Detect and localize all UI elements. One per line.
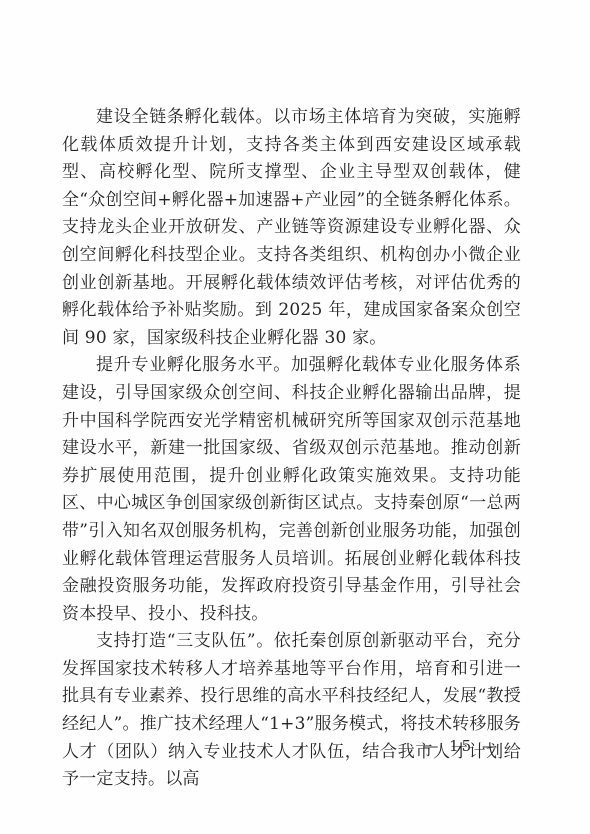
paragraph-incubation-services: 提升专业孵化服务水平。加强孵化载体专业化服务体系建设，引导国家级众创空间、科技企… [62,352,521,628]
document-page: 建设全链条孵化载体。以市场主体培育为突破，实施孵化载体质效提升计划，支持各类主体… [0,0,590,834]
paragraph-incubation-carriers: 建设全链条孵化载体。以市场主体培育为突破，实施孵化载体质效提升计划，支持各类主体… [62,104,521,352]
document-body: 建设全链条孵化载体。以市场主体培育为突破，实施孵化载体质效提升计划，支持各类主体… [62,104,521,794]
paragraph-three-teams: 支持打造“三支队伍”。依托秦创原创新驱动平台，充分发挥国家技术转移人才培养基地等… [62,628,521,794]
page-number: — 15 — [423,737,500,755]
